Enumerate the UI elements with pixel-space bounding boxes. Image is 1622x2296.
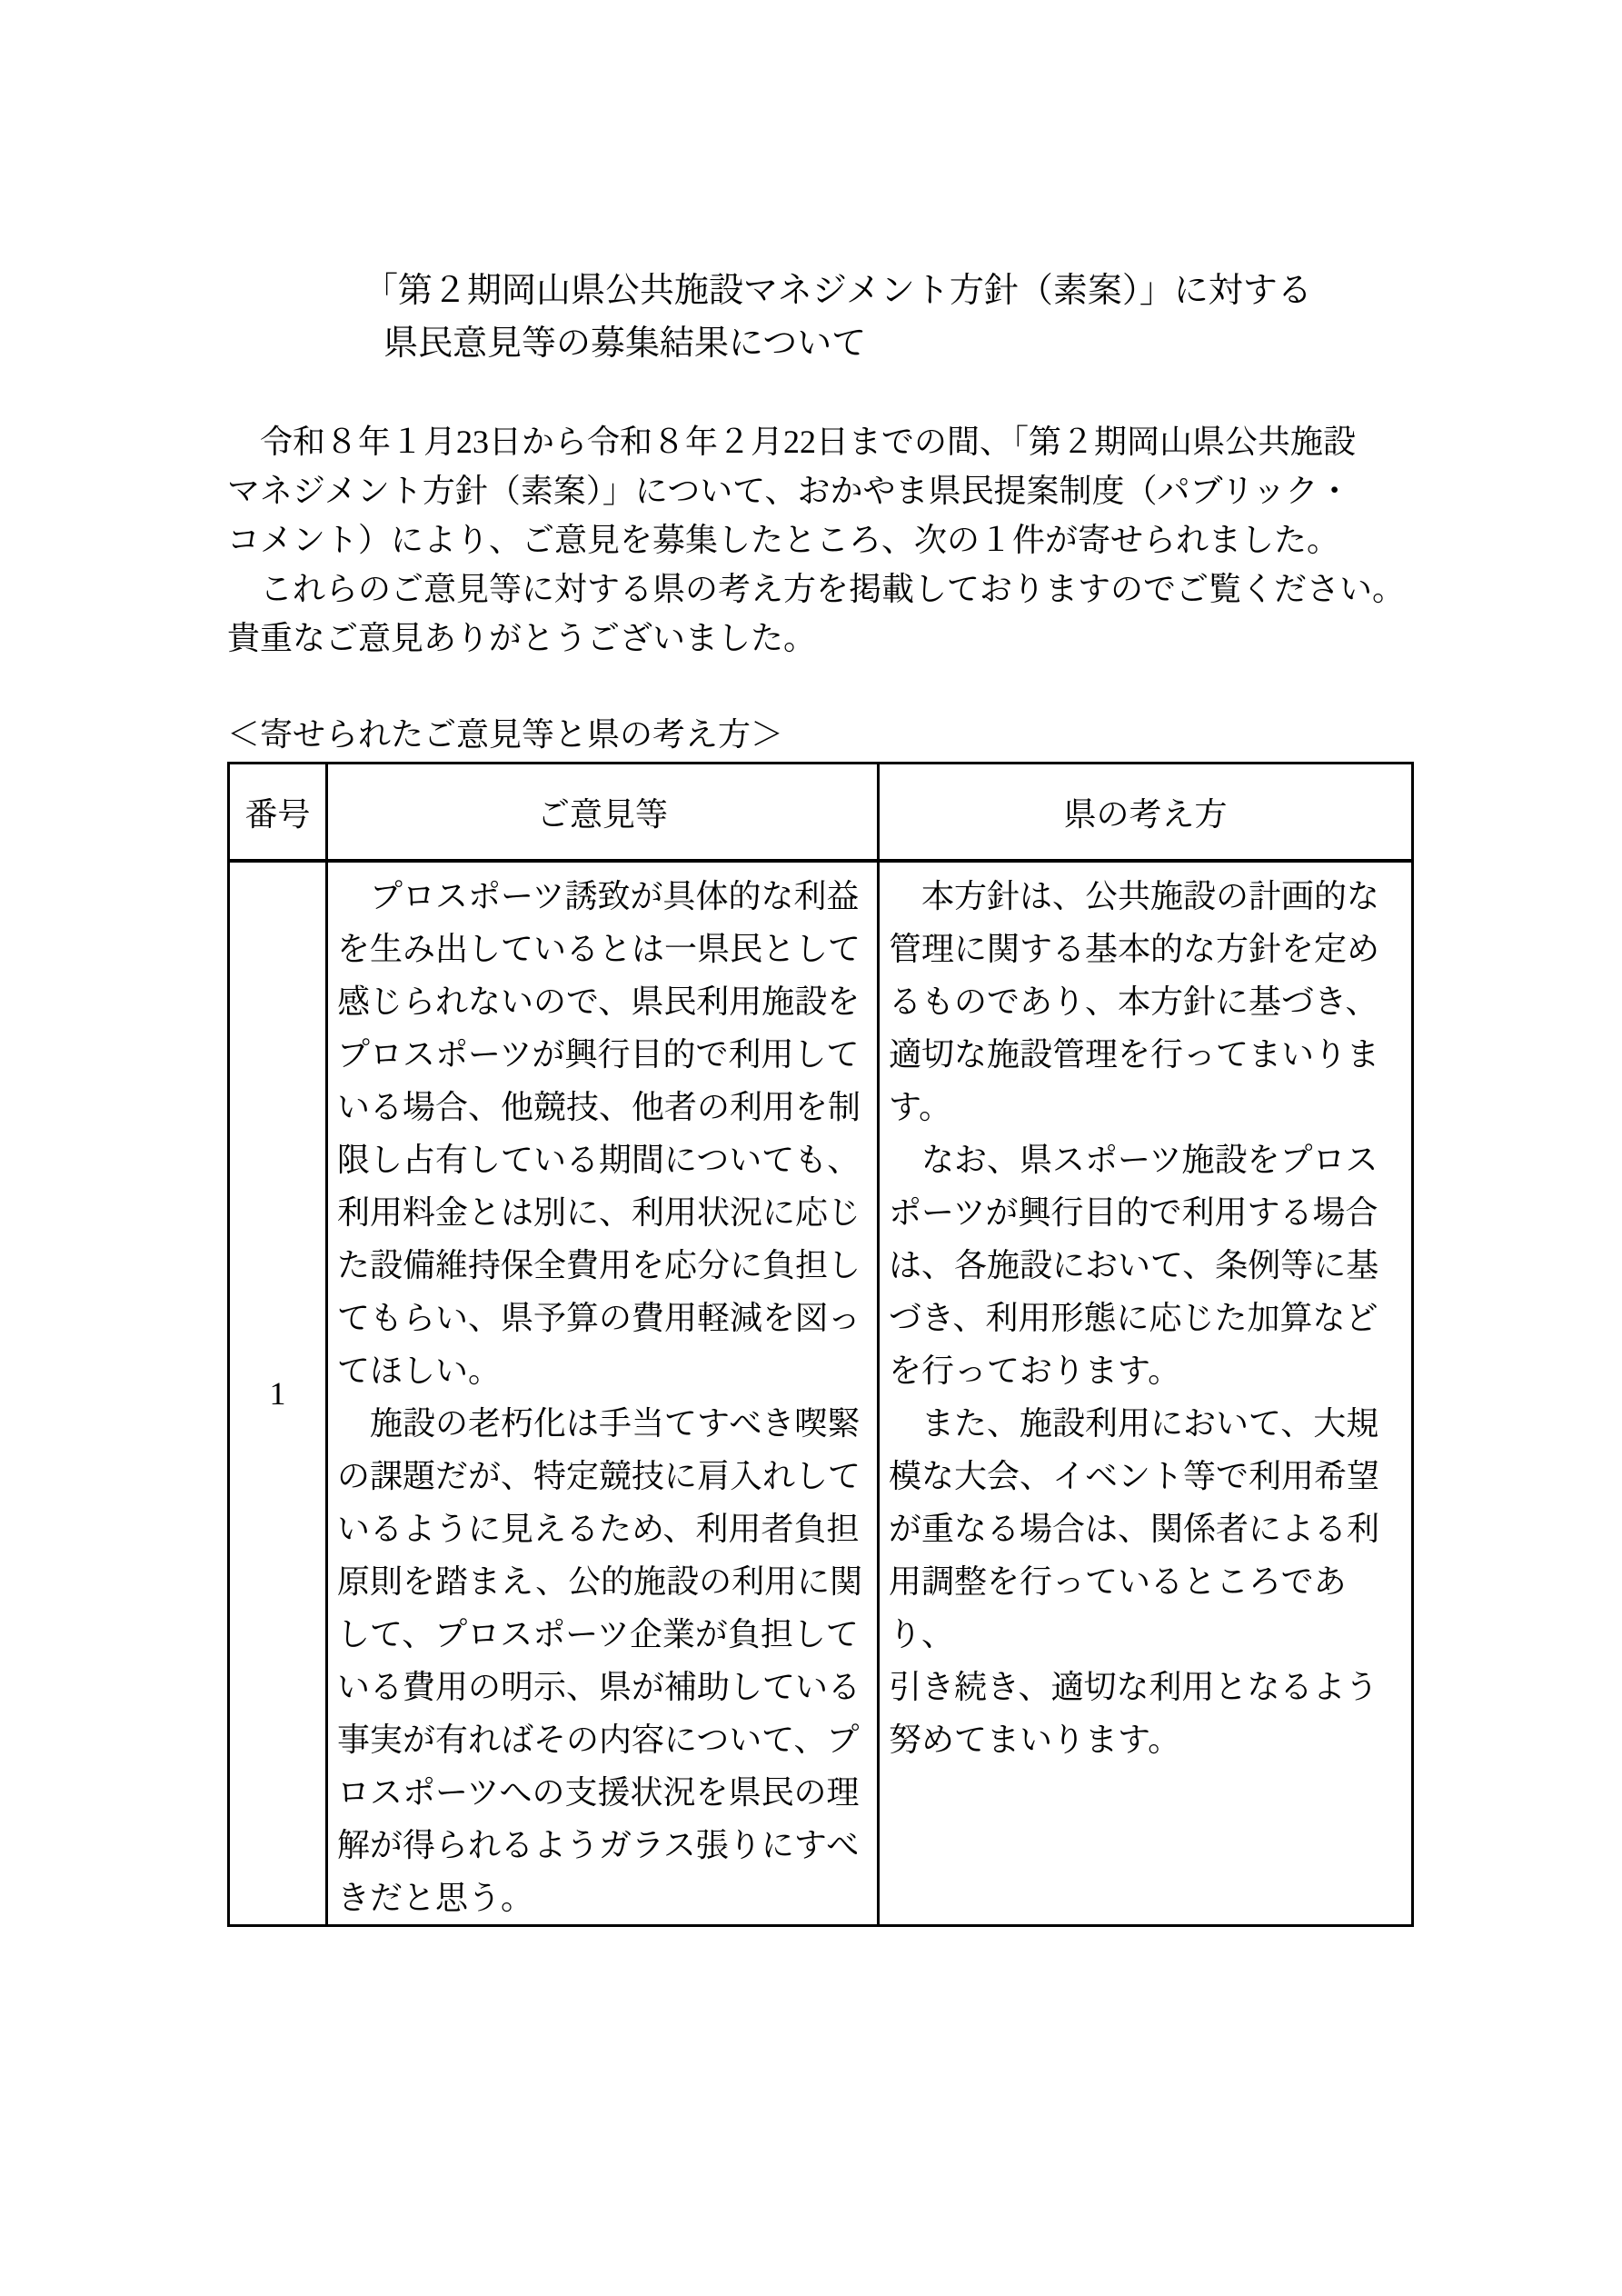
- intro-line: 令和８年１月23日から令和８年２月22日までの間、「第２期岡山県公共施設: [227, 417, 1405, 466]
- section-label: ＜寄せられたご意見等と県の考え方＞: [227, 714, 783, 754]
- intro-line: これらのご意見等に対する県の考え方を掲載しておりますのでご覧ください。: [227, 564, 1405, 614]
- intro-line: コメント）により、ご意見を募集したところ、次の１件が寄せられました。: [227, 515, 1405, 564]
- opinions-table: 番号 ご意見等 県の考え方 1 プロスポーツ誘致が具体的な利益 を生み出している…: [227, 762, 1414, 1927]
- title-line-1: 「第２期岡山県公共施設マネジメント方針（素案）」に対する: [363, 265, 1312, 317]
- intro-line: マネジメント方針（素案）」について、おかやま県民提案制度（パブリック・: [227, 466, 1405, 515]
- table-header-row: 番号 ご意見等 県の考え方: [229, 764, 1413, 862]
- header-number: 番号: [229, 764, 327, 862]
- table-row: 1 プロスポーツ誘致が具体的な利益 を生み出しているとは一県民として 感じられな…: [229, 861, 1413, 1926]
- intro-paragraph: 令和８年１月23日から令和８年２月22日までの間、「第２期岡山県公共施設 マネジ…: [227, 417, 1405, 663]
- header-view: 県の考え方: [879, 764, 1413, 862]
- intro-line: 貴重なご意見ありがとうございました。: [227, 614, 1405, 663]
- header-opinion: ご意見等: [327, 764, 879, 862]
- title-line-2: 県民意見等の募集結果について: [383, 317, 1312, 370]
- document-page: 「第２期岡山県公共施設マネジメント方針（素案）」に対する 県民意見等の募集結果に…: [0, 0, 1622, 2296]
- view-cell: 本方針は、公共施設の計画的な 管理に関する基本的な方針を定め るものであり、本方…: [879, 861, 1413, 1926]
- document-title: 「第２期岡山県公共施設マネジメント方針（素案）」に対する 県民意見等の募集結果に…: [363, 265, 1312, 370]
- opinion-cell: プロスポーツ誘致が具体的な利益 を生み出しているとは一県民として 感じられないの…: [327, 861, 879, 1926]
- row-number: 1: [229, 861, 327, 1926]
